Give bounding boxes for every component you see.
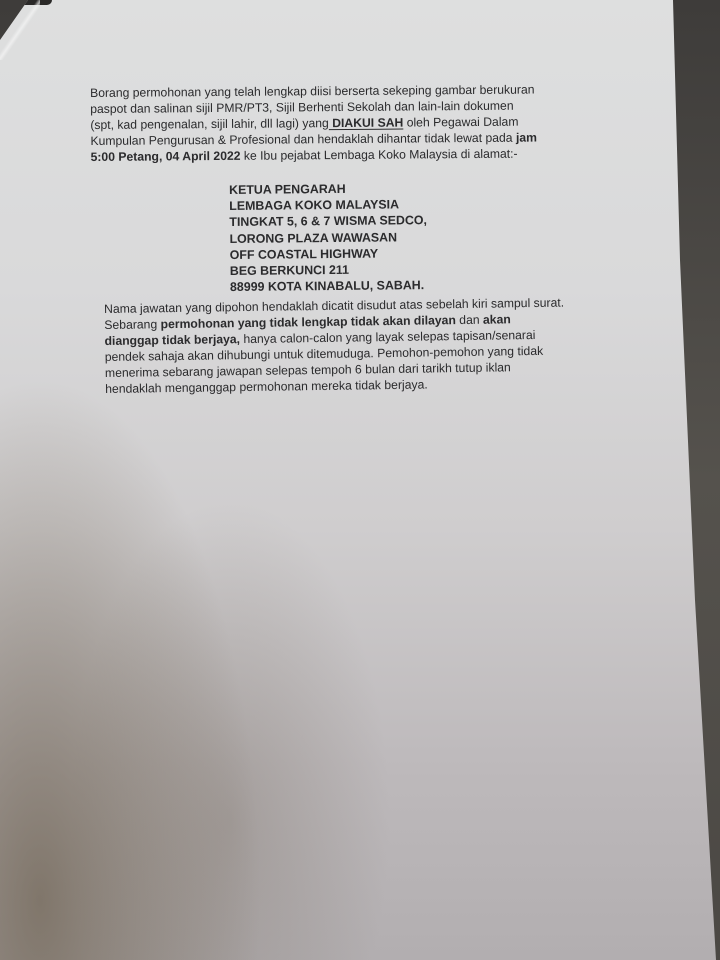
text-emphasis: akan — [483, 312, 511, 326]
submission-instructions-paragraph: Borang permohonan yang telah lengkap dii… — [90, 81, 586, 165]
certified-emphasis: DIAKUI SAH — [329, 116, 404, 131]
text-span: ke Ibu pejabat Lembaga Koko Malaysia di … — [240, 147, 517, 163]
address-line: BEG BERKUNCI 211 — [230, 261, 428, 279]
text-span: Sebarang — [104, 317, 160, 332]
mailing-address-block: KETUA PENGARAH LEMBAGA KOKO MALAYSIA TIN… — [229, 180, 428, 295]
deadline-emphasis: jam — [516, 130, 537, 144]
deadline-date: 5:00 Petang, 04 April 2022 — [91, 149, 241, 164]
address-line: 88999 KOTA KINABALU, SABAH. — [230, 277, 428, 295]
application-notes-paragraph: Nama jawatan yang dipohon hendaklah dica… — [104, 294, 593, 397]
text-span: oleh Pegawai Dalam — [403, 115, 518, 130]
address-line: KETUA PENGARAH — [229, 180, 427, 198]
unsuccessful-warning: dianggap tidak berjaya, — [104, 332, 240, 348]
text-span: dan — [456, 313, 483, 327]
address-line: OFF COASTAL HIGHWAY — [230, 245, 428, 263]
text-span: (spt, kad pengenalan, sijil lahir, dll l… — [90, 116, 329, 132]
address-line: TINGKAT 5, 6 & 7 WISMA SEDCO, — [229, 213, 427, 231]
address-line: LEMBAGA KOKO MALAYSIA — [229, 196, 427, 214]
address-line: LORONG PLAZA WAWASAN — [229, 229, 427, 247]
